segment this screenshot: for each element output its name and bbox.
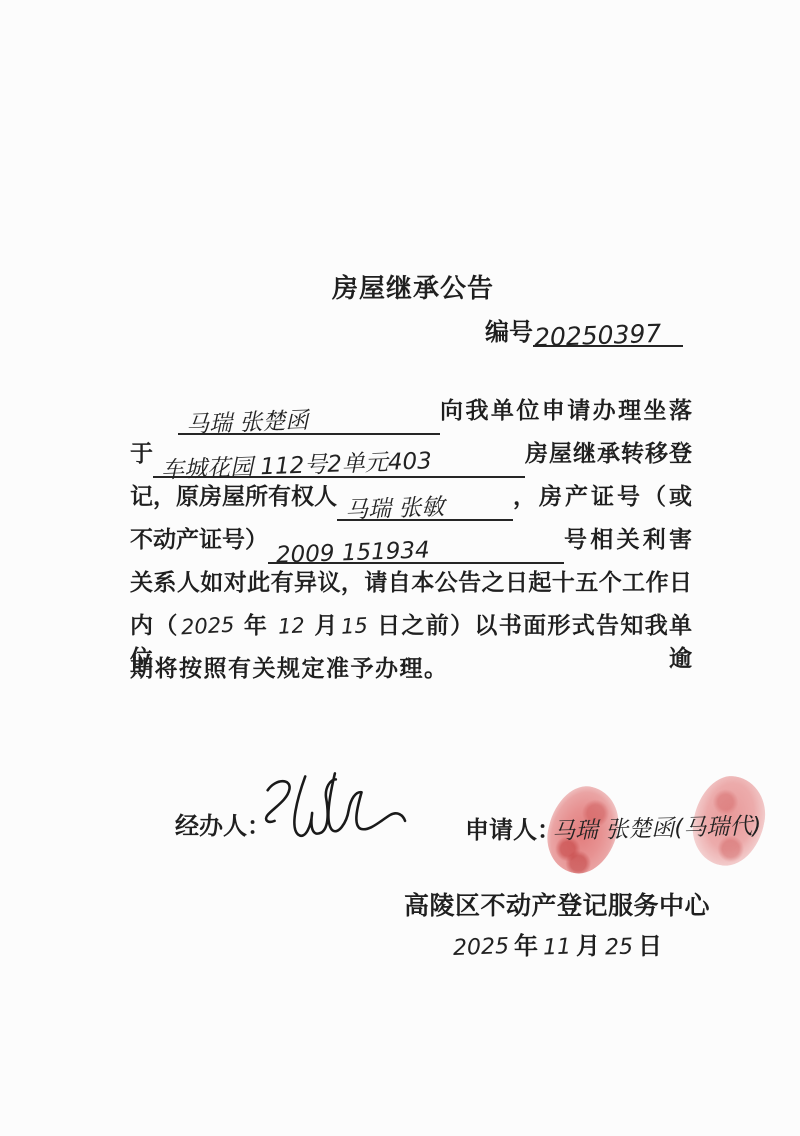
handwritten-owner-names: 马瑞 张敏: [344, 488, 444, 524]
notice-document: 房屋继承公告 编号 20250397 马瑞 张楚函 向我单位申请办理坐落 于 车…: [0, 0, 800, 1136]
serial-number-handwritten: 20250397: [534, 319, 662, 352]
notice-body: 马瑞 张楚函 向我单位申请办理坐落 于 车城花园 112号2单元403 房屋继承…: [130, 392, 692, 693]
printed-text: 向我单位申请办理坐落: [440, 392, 692, 425]
printed-text: 月: [314, 612, 338, 638]
owners-blank-line: 马瑞 张敏: [337, 488, 513, 521]
document-title: 房屋继承公告: [13, 268, 800, 305]
printed-text: 于: [130, 435, 153, 468]
date-day-label: 日: [638, 926, 662, 961]
printed-text: 号相关利害: [564, 521, 692, 554]
body-line-6: 内（2025 年 12 月15 日之前）以书面形式告知我单位，逾: [130, 607, 692, 650]
printed-text: 房屋继承转移登: [525, 435, 692, 468]
handwritten-year: 2025: [180, 613, 235, 640]
printed-text: 内（: [130, 612, 179, 638]
handwritten-date-month: 11: [543, 935, 572, 961]
body-line-4: 不动产证号） 2009 151934 号相关利害: [130, 521, 692, 564]
handwritten-applicant-names: 马瑞 张楚函: [185, 402, 308, 439]
handwritten-month: 12: [277, 613, 305, 638]
serial-blank-line: 20250397: [533, 316, 683, 347]
address-blank-line: 车城花园 112号2单元403: [153, 445, 525, 478]
body-line-1: 马瑞 张楚函 向我单位申请办理坐落: [130, 392, 692, 435]
printed-text: ，房产证号（或: [513, 478, 692, 511]
body-line-5: 关系人如对此有异议，请自本公告之日起十五个工作日: [130, 564, 692, 607]
date-month-label: 月: [576, 926, 600, 961]
issue-date: 2025 年 11 月 25 日: [453, 926, 662, 961]
applicants-blank-line: 马瑞 张楚函: [178, 402, 440, 435]
handwritten-cert-number: 2009 151934: [276, 537, 430, 568]
body-line-2: 于 车城花园 112号2单元403 房屋继承转移登: [130, 435, 692, 478]
handwritten-applicant-signature: 马瑞 张楚函(马瑞代): [552, 807, 762, 845]
organization-name: 高陵区不动产登记服务中心: [404, 886, 710, 922]
date-year-label: 年: [514, 926, 538, 961]
serial-label: 编号: [485, 312, 533, 347]
printed-text: 期将按照有关规定准予办理。: [130, 650, 449, 683]
serial-row: 编号 20250397: [485, 312, 683, 347]
body-line-3: 记，原房屋所有权人 马瑞 张敏 ，房产证号（或: [130, 478, 692, 521]
printed-text: 年: [244, 612, 268, 638]
handwritten-day: 15: [340, 613, 368, 638]
cert-number-blank-line: 2009 151934: [268, 531, 564, 564]
handwritten-date-day: 25: [605, 935, 634, 961]
printed-text: 不动产证号）: [130, 521, 268, 554]
handwritten-date-year: 2025: [453, 934, 510, 961]
printed-text: 关系人如对此有异议，请自本公告之日起十五个工作日: [130, 564, 692, 597]
handler-signature-icon: [240, 770, 408, 850]
